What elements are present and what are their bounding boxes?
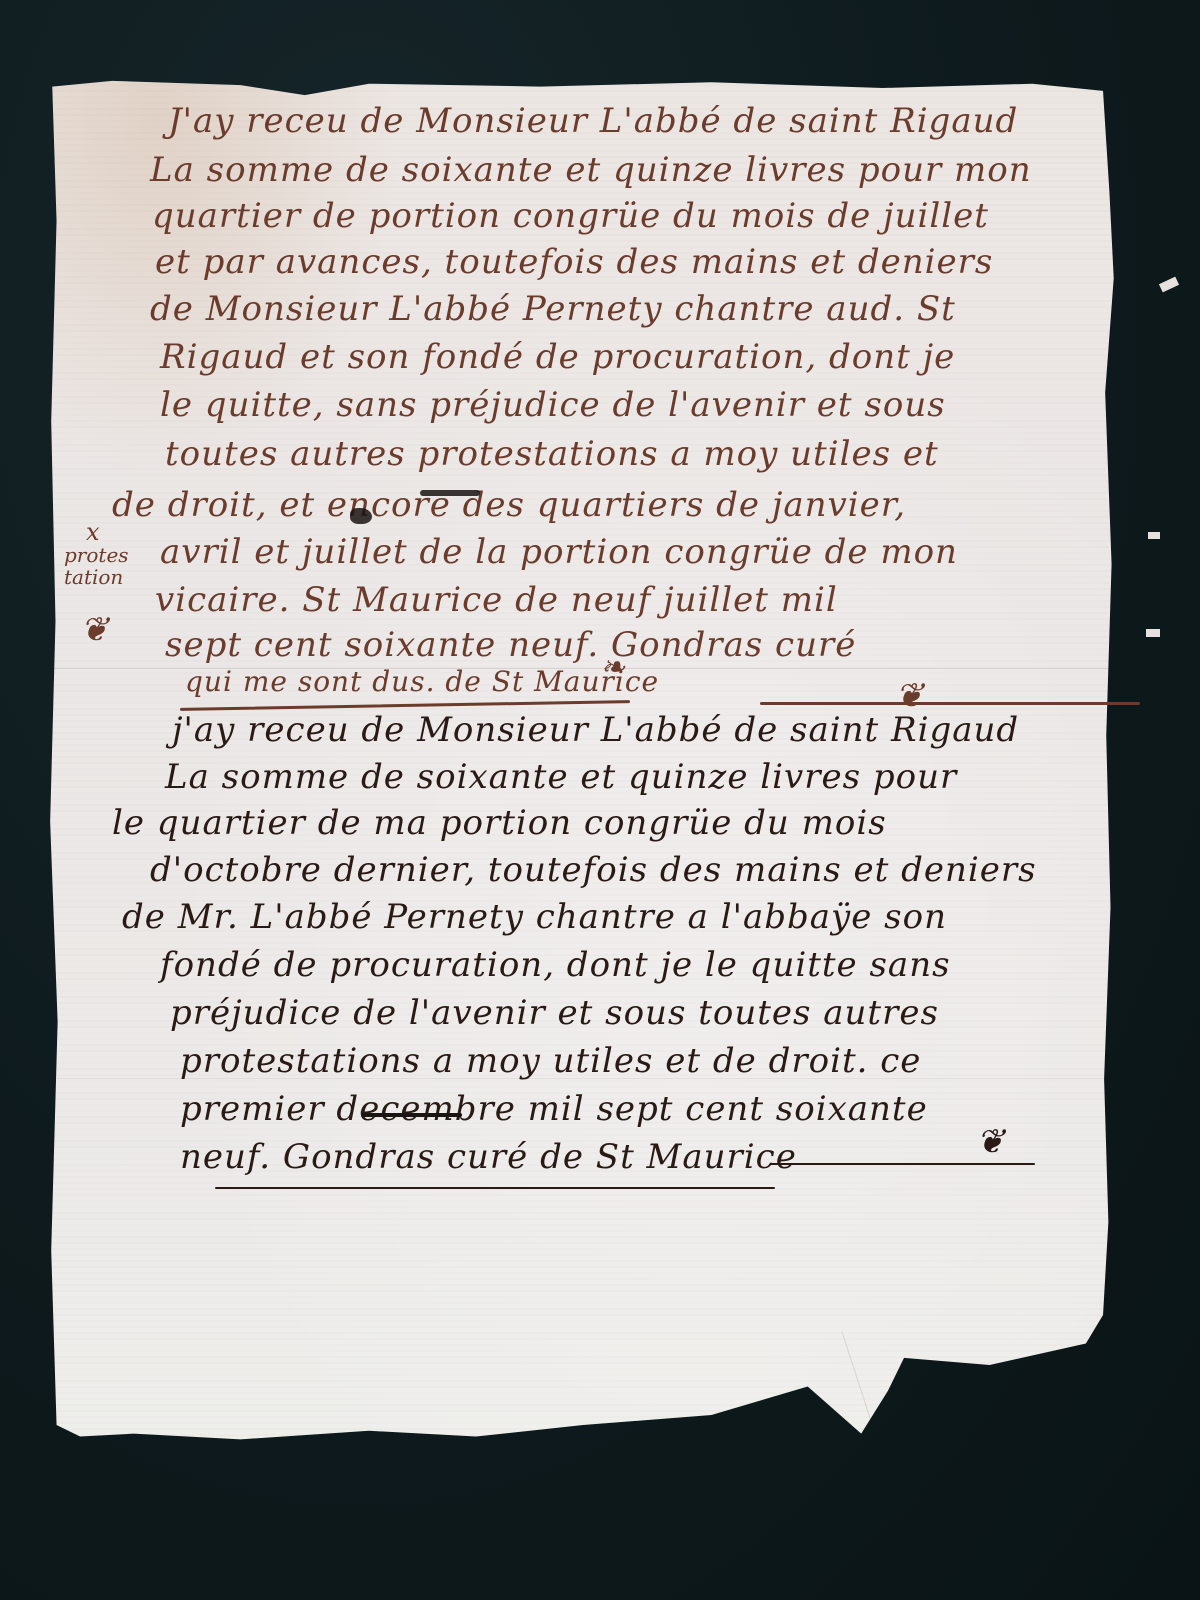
- receipt-1-line-4: et par avances, toutefois des mains et d…: [155, 245, 993, 279]
- signature-paraph: ❦: [976, 1122, 1005, 1162]
- margin-paraph-flourish: ❦: [80, 610, 109, 650]
- signature-underline: [215, 1187, 775, 1189]
- margin-insertion-mark: x: [86, 520, 100, 545]
- receipt-2-line-3: le quartier de ma portion congrüe du moi…: [112, 806, 887, 840]
- receipt-2-line-2: La somme de soixante et quinze livres po…: [165, 760, 957, 794]
- correction-overstrike: [362, 1113, 462, 1117]
- signature-flourish: ❧: [600, 650, 625, 685]
- receipt-2-line-7: préjudice de l'avenir et sous toutes aut…: [170, 996, 939, 1030]
- receipt-2-line-8: protestations a moy utiles et de droit. …: [180, 1044, 921, 1078]
- receipt-1-line-7: le quitte, sans préjudice de l'avenir et…: [160, 388, 946, 422]
- ink-blot: [420, 490, 480, 496]
- receipt-1-line-2: La somme de soixante et quinze livres po…: [150, 153, 1032, 187]
- receipt-2-line-10: neuf. Gondras curé de St Maurice: [180, 1140, 797, 1174]
- receipt-1-line-3: quartier de portion congrüe du mois de j…: [152, 199, 989, 233]
- receipt-1-line-1: J'ay receu de Monsieur L'abbé de saint R…: [168, 104, 1018, 138]
- margin-note-line-2: tation: [64, 567, 123, 588]
- receipt-1-line-6: Rigaud et son fondé de procuration, dont…: [160, 340, 955, 374]
- signature-underline: [770, 1163, 1035, 1165]
- receipt-2-line-1: j'ay receu de Monsieur L'abbé de saint R…: [172, 713, 1019, 747]
- signature-underline: [760, 702, 1140, 705]
- receipt-2-line-6: fondé de procuration, dont je le quitte …: [160, 948, 951, 982]
- receipt-1-line-11: vicaire. St Maurice de neuf juillet mil: [155, 583, 838, 617]
- receipt-1-line-9: de droit, et encore des quartiers de jan…: [112, 488, 906, 522]
- torn-paper-fiber: [1146, 629, 1160, 637]
- receipt-2-line-9: premier decembre mil sept cent soixante: [180, 1092, 928, 1126]
- receipt-1-line-8: toutes autres protestations a moy utiles…: [165, 437, 939, 471]
- receipt-2-line-5: de Mr. L'abbé Pernety chantre a l'abbaÿe…: [122, 900, 947, 934]
- receipt-1-line-12: sept cent soixante neuf. Gondras curé: [165, 628, 856, 662]
- receipt-2-line-4: d'octobre dernier, toutefois des mains e…: [150, 853, 1037, 887]
- receipt-1-line-10: avril et juillet de la portion congrüe d…: [160, 535, 958, 569]
- torn-paper-fiber: [1148, 532, 1160, 539]
- receipt-1-line-13: qui me sont dus. de St Maurice: [185, 668, 659, 696]
- receipt-1-line-5: de Monsieur L'abbé Pernety chantre aud. …: [150, 292, 956, 326]
- ink-blot: [350, 508, 372, 524]
- margin-note-line-1: protes: [64, 545, 129, 566]
